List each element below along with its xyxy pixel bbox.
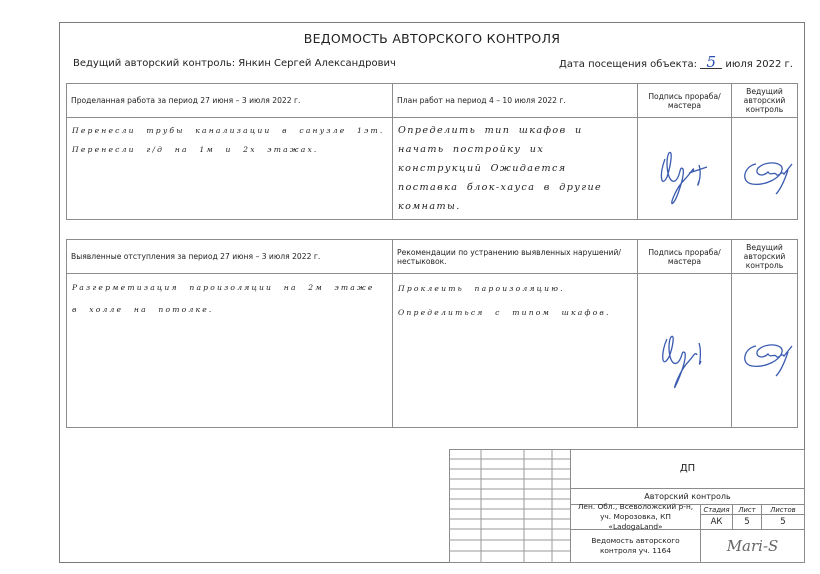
- supervisor-signature: [732, 118, 798, 220]
- header-foreman-sign: Подпись прораба/мастера: [638, 84, 732, 118]
- header-recommendations: Рекомендации по устранению выявленных на…: [393, 240, 638, 274]
- table-row: Перенесли трубы канализации в санузле 1э…: [67, 118, 798, 220]
- project-code: ДП: [571, 450, 804, 489]
- grid-lines: [449, 449, 571, 563]
- header-plan: План работ на период 4 – 10 июля 2022 г.: [393, 84, 638, 118]
- issues-table: Выявленные отступления за период 27 июня…: [66, 239, 798, 428]
- issues-table-header: Выявленные отступления за период 27 июня…: [67, 240, 798, 274]
- header-supervisor-sign: Ведущий авторский контроль: [732, 84, 798, 118]
- sheet-value: 5: [733, 515, 762, 530]
- header-foreman-sign: Подпись прораба/мастера: [638, 240, 732, 274]
- signature-icon: [736, 316, 796, 386]
- header-issues: Выявленные отступления за период 27 июня…: [67, 240, 393, 274]
- stage-label: Стадия: [701, 505, 733, 515]
- visit-date-label: Дата посещения объекта:: [559, 59, 697, 70]
- revision-grid: [449, 449, 571, 563]
- title-block: ДП Авторский контроль Лен. Обл., Всеволо…: [449, 449, 805, 563]
- done-work-text: Перенесли трубы канализации в санузле 1э…: [67, 118, 393, 220]
- signature-icon: [655, 311, 715, 391]
- sheet-label: Лист: [733, 505, 762, 515]
- visit-date: Дата посещения объекта: 5 июля 2022 г.: [520, 56, 793, 70]
- recommendations-text: Проклеить пароизоляцию. Определиться с т…: [393, 274, 638, 428]
- header-done: Проделанная работа за период 27 июня – 3…: [67, 84, 393, 118]
- address: Лен. Обл., Всеволожский р-н, уч. Морозов…: [571, 505, 701, 530]
- sheets-label: Листов: [762, 505, 804, 515]
- foreman-signature: [638, 274, 732, 428]
- planned-work-text: Определить тип шкафов и начать постройку…: [393, 118, 638, 220]
- foreman-signature: [638, 118, 732, 220]
- work-table: Проделанная работа за период 27 июня – 3…: [66, 83, 798, 220]
- document-name: Ведомость авторского контроля уч. 1164: [571, 530, 701, 562]
- author-signature: Mari-S: [701, 530, 804, 562]
- header-supervisor-sign: Ведущий авторский контроль: [732, 240, 798, 274]
- supervisor-signature: [732, 274, 798, 428]
- visit-date-day: 5: [700, 56, 722, 69]
- title-block-main: ДП Авторский контроль Лен. Обл., Всеволо…: [570, 449, 805, 563]
- sheets-value: 5: [762, 515, 804, 530]
- work-table-header: Проделанная работа за период 27 июня – 3…: [67, 84, 798, 118]
- stage-value: АК: [701, 515, 733, 530]
- document-title: ВЕДОМОСТЬ АВТОРСКОГО КОНТРОЛЯ: [59, 31, 805, 46]
- lead-supervisor: Ведущий авторский контроль: Янкин Сергей…: [73, 58, 396, 69]
- visit-date-suffix: июля 2022 г.: [725, 59, 793, 70]
- issues-text: Разгерметизация пароизоляции на 2м этаже…: [67, 274, 393, 428]
- signature-icon: [736, 134, 796, 204]
- table-row: Разгерметизация пароизоляции на 2м этаже…: [67, 274, 798, 428]
- signature-icon: [655, 129, 715, 209]
